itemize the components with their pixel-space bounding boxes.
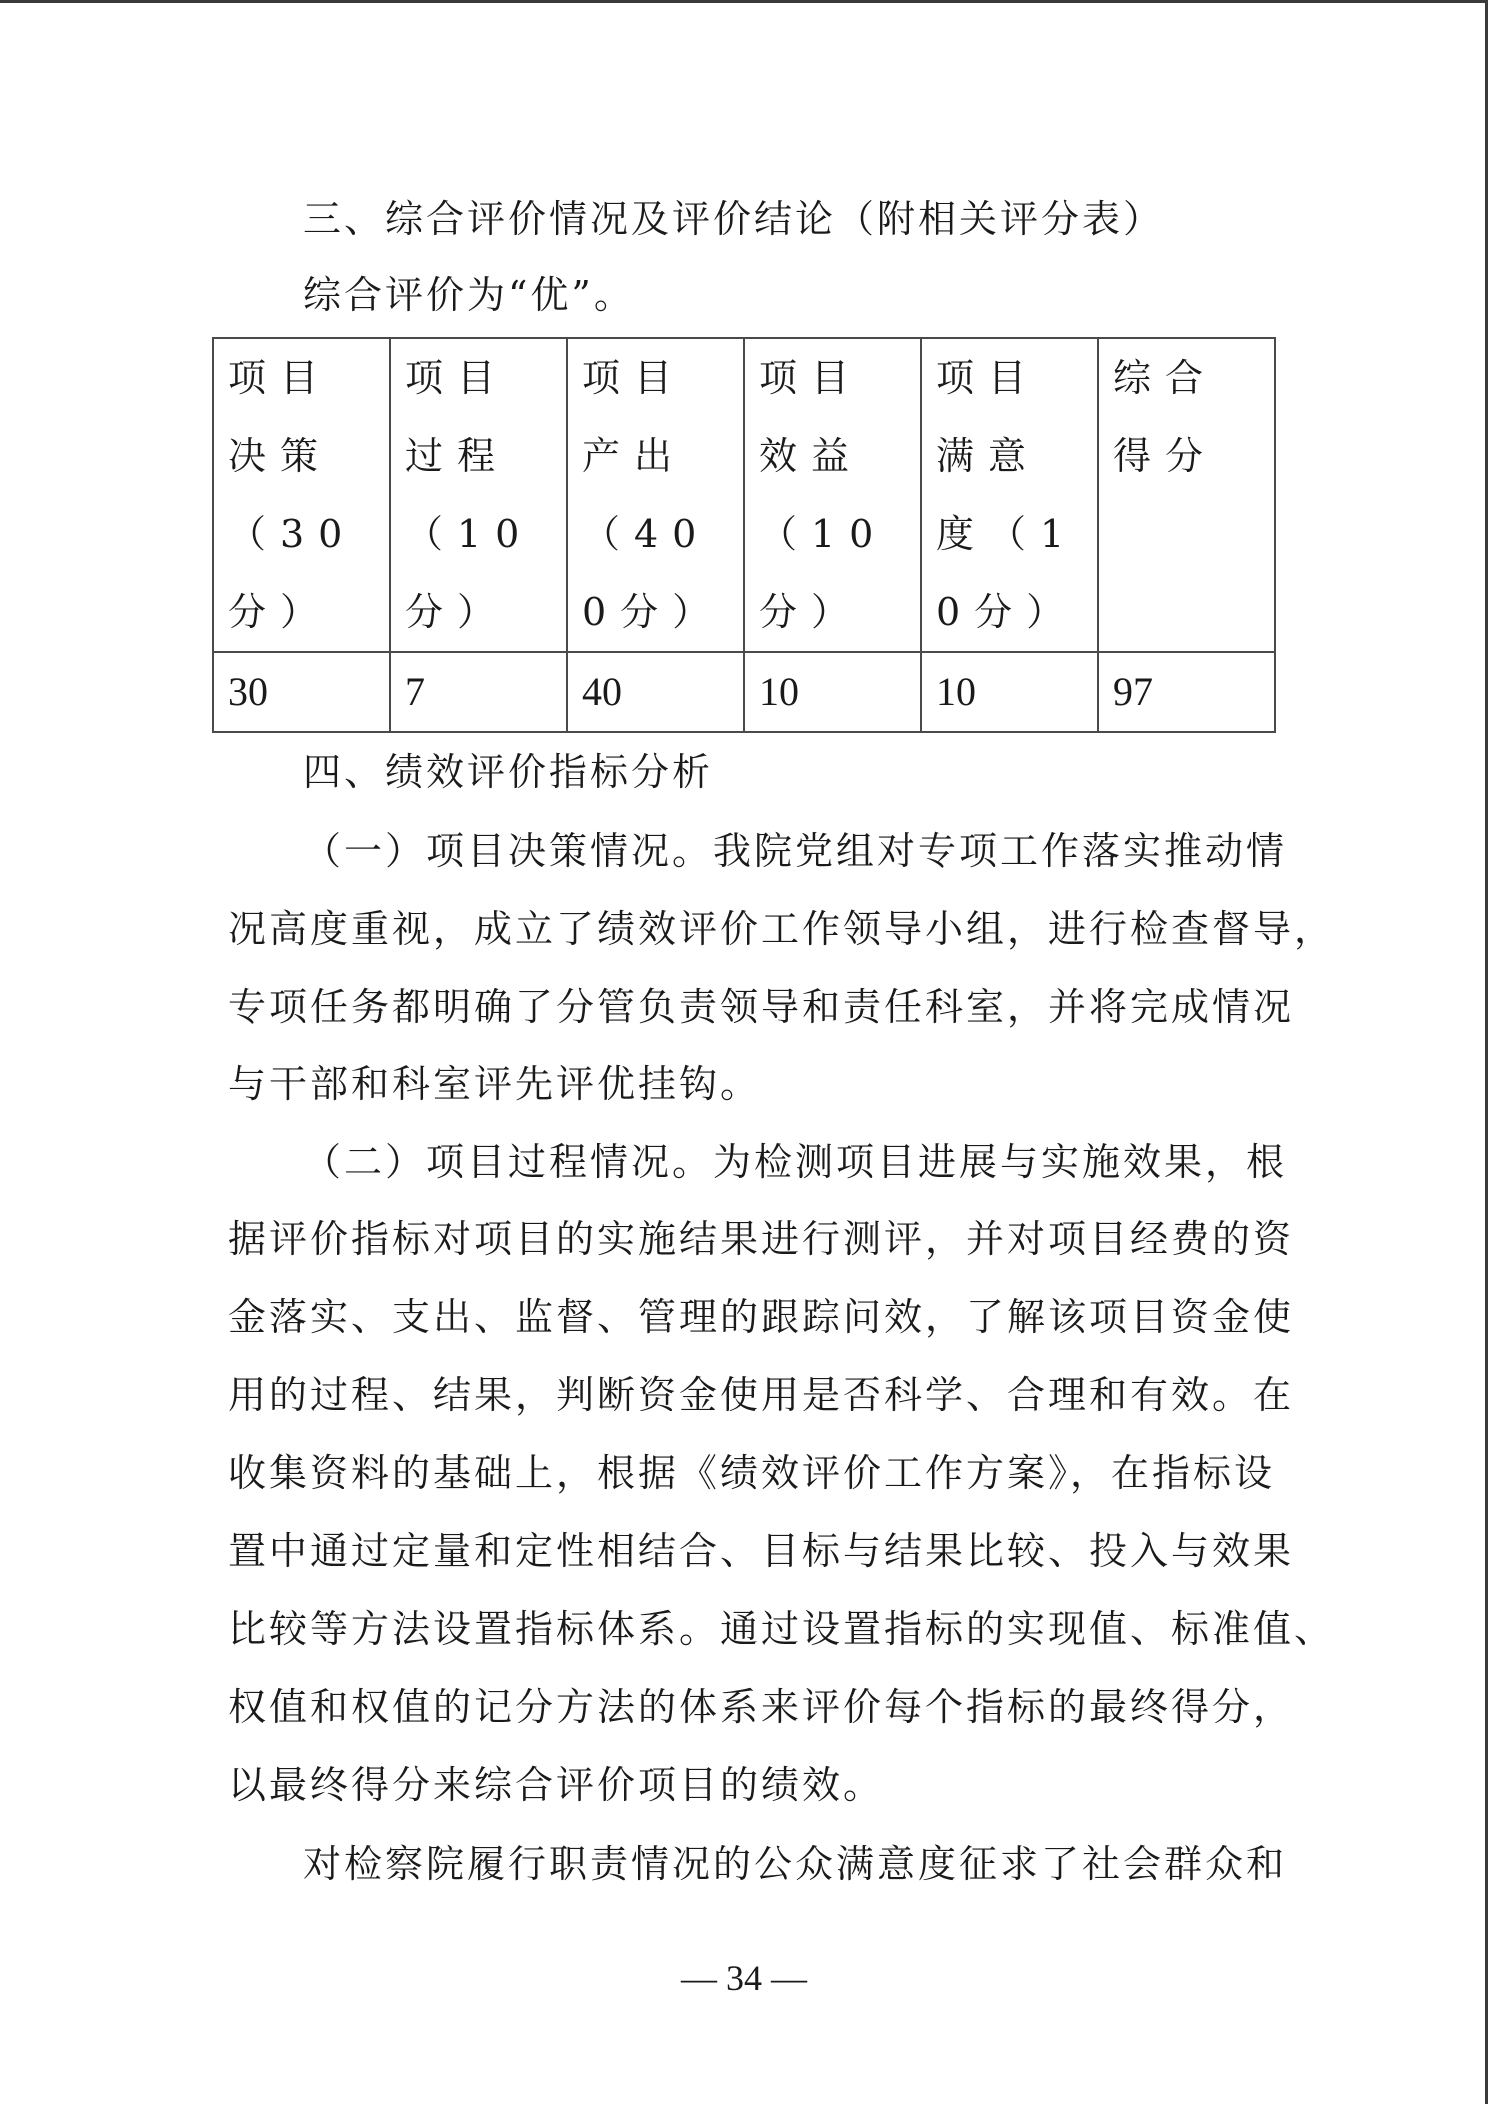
page-number: — 34 — <box>0 1948 1488 2008</box>
section-3-conclusion: 综合评价为“优”。 <box>303 256 1268 334</box>
paragraph-line: 收集资料的基础上，根据《绩效评价工作方案》，在指标设 <box>228 1434 1268 1512</box>
paragraph-line: 况高度重视，成立了绩效评价工作领导小组，进行检查督导， <box>228 890 1268 968</box>
paragraph-line: 金落实、支出、监督、管理的跟踪问效，了解该项目资金使 <box>228 1278 1268 1356</box>
section-4-heading: 四、绩效评价指标分析 <box>303 733 1268 811</box>
value-total: 97 <box>1098 652 1275 732</box>
header-decision: 项目决策（30分） <box>213 338 390 652</box>
paragraph-line: 对检察院履行职责情况的公众满意度征求了社会群众和 <box>303 1825 1268 1903</box>
paragraph-line: 置中通过定量和定性相结合、目标与结果比较、投入与效果 <box>228 1512 1268 1590</box>
header-benefit: 项目效益（10分） <box>744 338 921 652</box>
header-output: 项目产出（400分） <box>567 338 744 652</box>
scan-top-border <box>0 0 1488 3</box>
paragraph-line: 以最终得分来综合评价项目的绩效。 <box>228 1746 1268 1824</box>
header-process: 项目过程（10分） <box>390 338 567 652</box>
section-3-heading: 三、综合评价情况及评价结论（附相关评分表） <box>303 180 1268 258</box>
header-satisfaction: 项目满意度（10分） <box>921 338 1098 652</box>
paragraph-line: 专项任务都明确了分管负责领导和责任科室，并将完成情况 <box>228 968 1268 1046</box>
paragraph-line: 与干部和科室评先评优挂钩。 <box>228 1045 1268 1123</box>
score-table-value-row: 30 7 40 10 10 97 <box>213 652 1275 732</box>
value-satisfaction: 10 <box>921 652 1098 732</box>
paragraph-line: 比较等方法设置指标体系。通过设置指标的实现值、标准值、 <box>228 1590 1268 1668</box>
value-decision: 30 <box>213 652 390 732</box>
value-output: 40 <box>567 652 744 732</box>
score-table: 项目决策（30分） 项目过程（10分） 项目产出（400分） 项目效益（10分）… <box>212 337 1276 733</box>
paragraph-line: 据评价指标对项目的实施结果进行测评，并对项目经费的资 <box>228 1200 1268 1278</box>
value-process: 7 <box>390 652 567 732</box>
header-total: 综合得分 <box>1098 338 1275 652</box>
paragraph-line: （一）项目决策情况。我院党组对专项工作落实推动情 <box>303 812 1268 890</box>
paragraph-line: 权值和权值的记分方法的体系来评价每个指标的最终得分， <box>228 1668 1268 1746</box>
paragraph-line: （二）项目过程情况。为检测项目进展与实施效果，根 <box>303 1123 1268 1201</box>
paragraph-line: 用的过程、结果，判断资金使用是否科学、合理和有效。在 <box>228 1356 1268 1434</box>
score-table-header-row: 项目决策（30分） 项目过程（10分） 项目产出（400分） 项目效益（10分）… <box>213 338 1275 652</box>
value-benefit: 10 <box>744 652 921 732</box>
